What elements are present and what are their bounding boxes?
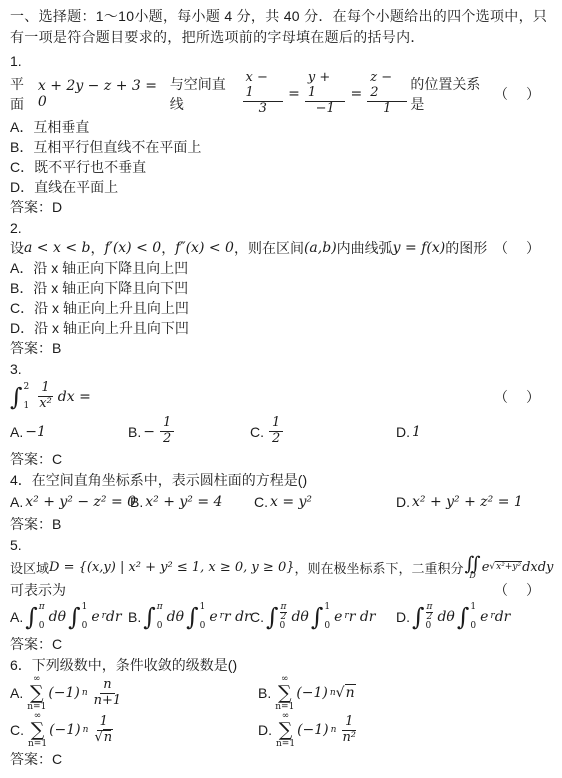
dtheta: dθ: [291, 609, 308, 625]
upper-limit-fraction: π2: [426, 603, 434, 622]
section-header: 一、选择题：1～10小题，每小题 4 分，共 40 分．在每个小题给出的四个选项…: [10, 6, 554, 48]
q4-options: A.x² + y² − z² = 0 B.x² + y² = 4 C.x = y…: [10, 490, 554, 514]
q5-answer: 答案：C: [10, 634, 554, 654]
q5-line2-text: 可表示为: [10, 580, 66, 600]
lower-limit: 1: [24, 402, 30, 411]
series-base: (−1): [297, 722, 329, 738]
fraction-denominator: 1: [380, 102, 394, 117]
upper-limit: 1: [82, 603, 88, 612]
q2-option-a: A．沿 x 轴正向下降且向上凹: [10, 258, 554, 278]
summation-sign: ∞∑n=1: [275, 675, 294, 712]
q2-math: f″(x) < 0: [175, 240, 234, 256]
upper-limit: π: [157, 603, 163, 612]
radicand: x²+y²: [495, 561, 522, 572]
q6-options-row1: A. ∞∑n=1 (−1)n nn+1 B. ∞∑n=1 (−1)n √n: [10, 675, 554, 712]
integral-limits: 10: [324, 603, 330, 631]
lower-limit: 0: [157, 622, 163, 631]
q3-option-a: A.−1: [10, 424, 128, 440]
option-value: 1: [412, 424, 421, 440]
sqrt-term: √n: [336, 685, 356, 701]
answer-bracket: （ ）: [494, 84, 554, 104]
option-label: B.: [258, 685, 271, 701]
e-base: e: [209, 609, 217, 625]
q2-comma: ，: [161, 238, 175, 258]
option-formula: x² + y² + z² = 1: [412, 494, 523, 510]
q3-number: 3.: [10, 359, 554, 379]
q6-options-row2: C. ∞∑n=1 (−1)n 1√n D. ∞∑n=1 (−1)n 1n²: [10, 712, 554, 749]
integral-symbol: ∫: [266, 605, 279, 629]
q5-options: A. ∫π0 dθ ∫10 er dr B. ∫π0 dθ ∫10 er r d…: [10, 600, 554, 634]
upper-limit-fraction: π2: [280, 603, 288, 622]
dtheta: dθ: [49, 609, 66, 625]
q2-option-b: B．沿 x 轴正向下降且向下凹: [10, 278, 554, 298]
upper-limit: 2: [24, 383, 30, 392]
option-label: A.: [10, 685, 23, 701]
q5-option-b: B. ∫π0 dθ ∫10 er r dr: [128, 603, 250, 631]
q3-answer: 答案：C: [10, 449, 554, 469]
q6-option-d: D. ∞∑n=1 (−1)n 1n²: [258, 712, 554, 749]
integral-limits: 10: [82, 603, 88, 631]
radicand: n: [345, 684, 356, 701]
integral-limits: π20: [426, 603, 434, 631]
fraction: 1x²: [36, 381, 55, 412]
option-label: D.: [396, 424, 410, 440]
option-formula: x = y²: [270, 494, 312, 510]
integrand-tail: r dr: [224, 609, 251, 625]
integral-sign: ∫π20: [412, 603, 435, 631]
q6-option-a: A. ∞∑n=1 (−1)n nn+1: [10, 675, 258, 712]
exponent: n: [83, 726, 89, 735]
q1-number: 1.: [10, 51, 554, 71]
integral-symbol: ∫: [412, 605, 425, 629]
integral-symbol: ∫: [457, 605, 470, 629]
fraction-denominator: n+1: [91, 694, 125, 709]
sum-symbol: ∑: [31, 721, 45, 740]
fraction-numerator: 1: [269, 416, 283, 432]
q1-option-a: A．互相垂直: [10, 117, 554, 137]
sum-lower: n=1: [28, 740, 47, 749]
answer-bracket: （ ）: [494, 387, 554, 407]
fraction-numerator: 1: [342, 715, 356, 731]
fraction-numerator: 1: [38, 381, 52, 397]
fraction: 1√n: [91, 715, 116, 746]
upper-limit: π: [39, 603, 45, 612]
q2-math: a < x < b: [24, 240, 90, 256]
q5-stem: 设区域 D = {(x,y) | x² + y² ≤ 1, x ≥ 0, y ≥…: [10, 555, 554, 580]
q5-number: 5.: [10, 535, 554, 555]
q5-option-d: D. ∫π20 dθ ∫10 er dr: [396, 603, 554, 631]
q1-plane-equation: x + 2y − z + 3 = 0: [38, 78, 170, 110]
option-label: D.: [258, 722, 272, 738]
fraction-numerator: x − 1: [243, 71, 284, 102]
q5-stem-pre: 设区域: [10, 558, 49, 577]
series-base: (−1): [296, 685, 328, 701]
q2-stem: 设 a < x < b，f′(x) < 0，f″(x) < 0，则在区间(a,b…: [10, 238, 554, 258]
q3-option-c: C.12: [250, 416, 396, 447]
fraction-denominator: x²: [36, 397, 55, 412]
option-label: A.: [10, 609, 23, 625]
q2-comma: ，: [90, 238, 104, 258]
q5-option-c: C. ∫π20 dθ ∫10 er r dr: [250, 603, 396, 631]
fraction-numerator: y + 1: [305, 71, 346, 102]
q5-dxdy: dxdy: [522, 560, 553, 575]
integrand-tail: r dr: [349, 609, 376, 625]
fraction-denominator: 2: [269, 432, 283, 447]
summation-sign: ∞∑n=1: [276, 712, 295, 749]
fraction-numerator: 1: [160, 416, 174, 432]
fraction: 1n²: [339, 715, 359, 746]
option-formula: x² + y² = 4: [145, 494, 222, 510]
fraction-denominator: −1: [313, 102, 338, 117]
q2-number: 2.: [10, 218, 554, 238]
q6-option-c: C. ∞∑n=1 (−1)n 1√n: [10, 712, 258, 749]
integral-limits: π20: [280, 603, 288, 631]
answer-bracket: （ ）: [494, 580, 554, 600]
exponent: √x²+y²: [489, 563, 522, 572]
q1-answer: 答案：D: [10, 197, 554, 217]
q2-stem-text: 内曲线弧: [337, 238, 393, 258]
integral-sign: ∫10: [186, 603, 207, 631]
integral-sign: ∫ 21: [10, 383, 31, 411]
integral-symbol: ∫: [25, 605, 38, 629]
radicand: n: [103, 729, 113, 745]
integral-limits: 21: [24, 383, 30, 411]
q3-formula: ∫ 21 1x² dx = （ ）: [10, 379, 554, 415]
dtheta: dθ: [167, 609, 184, 625]
q1-option-b: B．互相平行但直线不在平面上: [10, 137, 554, 157]
integral-sign: ∫10: [457, 603, 478, 631]
lower-limit: 0: [324, 622, 330, 631]
lower-limit: 0: [280, 622, 288, 631]
integral-limits: 10: [200, 603, 206, 631]
integral-symbol: ∫: [186, 605, 199, 629]
integral-symbol: ∫: [143, 605, 156, 629]
fraction-numerator: z − 2: [367, 71, 407, 102]
fraction-numerator: n: [100, 678, 114, 694]
lower-limit: 0: [39, 622, 45, 631]
fraction-denominator: √n: [91, 731, 116, 746]
lower-limit: 0: [82, 622, 88, 631]
q6-answer: 答案：C: [10, 749, 554, 769]
minus-sign: −: [143, 424, 155, 440]
upper-limit: 1: [200, 603, 206, 612]
fraction: 12: [160, 416, 174, 447]
q2-option-d: D．沿 x 轴正向上升且向下凹: [10, 318, 554, 338]
e-base: e: [334, 609, 342, 625]
upper-limit: 1: [324, 603, 330, 612]
q2-math: f′(x) < 0: [104, 240, 161, 256]
sqrt-symbol: √: [94, 730, 102, 745]
q2-option-c: C．沿 x 轴正向上升且向上凹: [10, 298, 554, 318]
option-label: A.: [10, 424, 23, 440]
q4-answer: 答案：B: [10, 514, 554, 534]
q2-stem-text: 的图形: [445, 238, 487, 258]
sum-symbol: ∑: [30, 684, 44, 703]
q5-stem-line2: 可表示为 （ ）: [10, 580, 554, 600]
q5-stem-mid: ，则在极坐标系下，二重积分: [294, 558, 463, 577]
q2-math: y = f(x): [393, 240, 446, 256]
lower-limit: 0: [200, 622, 206, 631]
fraction: x − 13: [243, 71, 284, 117]
integral-limits: 10: [470, 603, 476, 631]
q4-option-a: A.x² + y² − z² = 0: [10, 494, 130, 510]
e-base: e: [480, 609, 488, 625]
fraction: z − 21: [367, 71, 407, 117]
integral-sign: ∫π20: [266, 603, 289, 631]
upper-limit: 1: [470, 603, 476, 612]
option-formula: x² + y² − z² = 0: [25, 494, 136, 510]
lower-limit: 0: [426, 622, 434, 631]
option-label: D.: [396, 609, 410, 625]
option-label: B.: [128, 609, 141, 625]
integrand-tail: dr: [106, 609, 122, 625]
option-label: B.: [128, 424, 141, 440]
fraction-denominator: 2: [160, 432, 174, 447]
double-integral-subscript: D: [469, 572, 475, 580]
exam-page: 一、选择题：1～10小题，每小题 4 分，共 40 分．在每个小题给出的四个选项…: [0, 0, 562, 778]
q6-option-b: B. ∞∑n=1 (−1)n √n: [258, 675, 554, 712]
q4-stem: 4．在空间直角坐标系中，表示圆柱面的方程是(): [10, 470, 554, 490]
option-label: C.: [254, 494, 268, 510]
sum-symbol: ∑: [279, 721, 293, 740]
option-label: D.: [396, 494, 410, 510]
q1-option-c: C．既不平行也不垂直: [10, 157, 554, 177]
q2-stem-text: ，则在区间: [234, 238, 304, 258]
option-label: B.: [130, 494, 143, 510]
e-base: e: [482, 560, 490, 575]
q1-stem: 平面 x + 2y − z + 3 = 0 与空间直线 x − 13 = y +…: [10, 71, 554, 117]
q1-stem-mid: 与空间直线: [170, 74, 240, 114]
integral-symbol: ∫: [10, 385, 23, 409]
q4-option-b: B.x² + y² = 4: [130, 494, 254, 510]
dtheta: dθ: [437, 609, 454, 625]
integral-sign: ∫π0: [25, 603, 46, 631]
option-label: A.: [10, 494, 23, 510]
fraction: 12: [269, 416, 283, 447]
equals-sign: =: [288, 86, 300, 102]
sum-symbol: ∑: [278, 684, 292, 703]
q3-option-b: B.−12: [128, 416, 250, 447]
equals-sign: =: [350, 86, 362, 102]
integral-limits: π0: [157, 603, 163, 631]
q5-domain-set: D = {(x,y) | x² + y² ≤ 1, x ≥ 0, y ≥ 0}: [49, 560, 294, 575]
series-base: (−1): [49, 722, 81, 738]
lower-limit: 0: [470, 622, 476, 631]
summation-sign: ∞∑n=1: [27, 675, 46, 712]
integral-sign: ∫π0: [143, 603, 164, 631]
e-base: e: [91, 609, 99, 625]
answer-bracket: （ ）: [494, 238, 554, 258]
sum-lower: n=1: [276, 740, 295, 749]
q1-stem-post: 的位置关系是: [410, 74, 494, 114]
double-integral-sign: ∬D: [465, 555, 481, 580]
q4-option-d: D.x² + y² + z² = 1: [396, 494, 554, 510]
q1-stem-pre: 平面: [10, 74, 38, 114]
q3-tail: dx =: [58, 389, 91, 405]
q2-stem-text: 设: [10, 238, 24, 258]
integral-symbol: ∫: [68, 605, 81, 629]
option-label: C.: [10, 722, 24, 738]
option-value: −1: [25, 424, 46, 440]
sqrt-symbol: √: [336, 685, 345, 701]
fraction-denominator: 3: [256, 102, 270, 117]
q5-option-a: A. ∫π0 dθ ∫10 er dr: [10, 603, 128, 631]
summation-sign: ∞∑n=1: [28, 712, 47, 749]
q3-options: A.−1 B.−12 C.12 D.1: [10, 415, 554, 449]
integrand-tail: dr: [495, 609, 511, 625]
series-base: (−1): [48, 685, 80, 701]
q6-stem: 6．下列级数中，条件收敛的级数是(): [10, 655, 554, 675]
integral-sign: ∫10: [311, 603, 332, 631]
q2-math: (a,b): [304, 240, 337, 256]
fraction-denominator: n²: [339, 731, 359, 746]
fraction: y + 1−1: [305, 71, 346, 117]
fraction: nn+1: [91, 678, 125, 709]
exponent: n: [331, 726, 337, 735]
integral-sign: ∫10: [68, 603, 89, 631]
q1-option-d: D．直线在平面上: [10, 177, 554, 197]
exponent: n: [82, 689, 88, 698]
q3-option-d: D.1: [396, 424, 554, 440]
integral-symbol: ∫: [311, 605, 324, 629]
q2-answer: 答案：B: [10, 338, 554, 358]
option-label: C.: [250, 609, 264, 625]
q4-option-c: C.x = y²: [254, 494, 396, 510]
integral-limits: π0: [39, 603, 45, 631]
option-label: C.: [250, 424, 264, 440]
